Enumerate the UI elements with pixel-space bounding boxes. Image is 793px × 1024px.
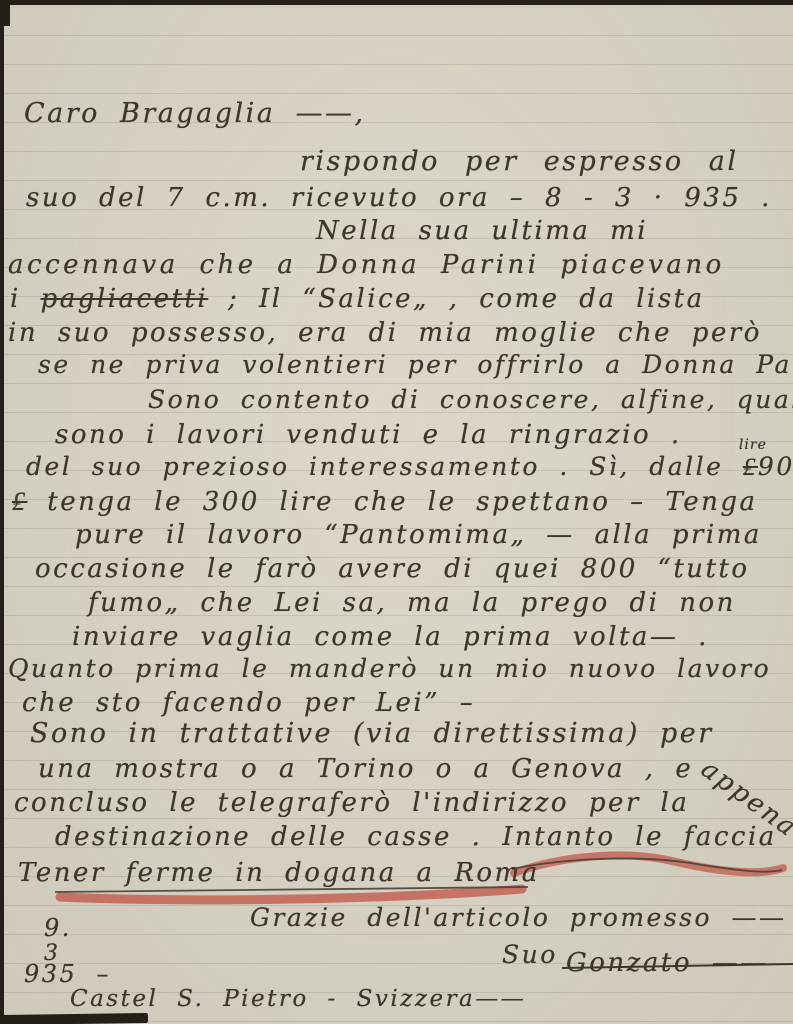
letter-line: ₤ tenga le 300 lire che le spettano – Te… [12, 487, 758, 517]
letter-line: destinazione delle casse . Intanto le fa… [55, 822, 777, 852]
struck-lira-sign: ₤ [12, 487, 28, 517]
letter-line: i pagliacetti ; Il “Salice„ , come da li… [10, 284, 705, 314]
scan-edge-left [0, 0, 4, 1024]
letter-line: suo del 7 c.m. ricevuto ora – 8 - 3 · 93… [26, 183, 772, 213]
letter-line: che sto facendo per Lei” – [22, 688, 475, 718]
scan-edge-corner [0, 0, 10, 26]
letter-line: rispondo per espresso al [300, 146, 739, 177]
letter-line: concluso le telegraferò l'indirizzo per … [14, 788, 689, 818]
date-day: 9. [44, 914, 72, 942]
closing-line: Grazie dell'articolo promesso —— [250, 903, 787, 932]
scan-edge-top [0, 0, 793, 5]
lire-annotation: lire₤ [743, 452, 758, 482]
line-text: ; Il “Salice„ , come da lista [208, 284, 704, 314]
underlined-phrase: Intanto le faccia [502, 822, 777, 852]
signature-name: Gonzato —— [566, 948, 793, 978]
amount: 900 [758, 452, 793, 481]
letter-line: inviare vaglia come la prima volta— . [72, 622, 709, 652]
letter-line: una mostra o a Torino o a Genova , e app… [38, 754, 793, 784]
letter-line: occasione le farò avere di quei 800 “tut… [35, 554, 750, 584]
letter-line: Sono contento di conoscere, alfine, qual… [148, 385, 793, 414]
letter-line: Quanto prima le manderò un mio nuovo lav… [8, 654, 771, 683]
line-text: del suo prezioso interessamento . Sì, da… [26, 452, 743, 481]
line-text: tenga le 300 lire che le spettano – Teng… [28, 487, 758, 517]
line-text: destinazione delle casse . [55, 822, 502, 852]
line-text: i [10, 284, 41, 314]
struck-lira-sign: ₤ [743, 452, 758, 481]
salutation: Caro Bragaglia ——, [24, 98, 366, 129]
place-line: Castel S. Pietro - Svizzera—— [70, 986, 526, 1012]
superscript-lire: lire [739, 437, 767, 453]
underlined-phrase: Tener ferme in dogana a Roma [18, 858, 540, 888]
signature-suo: Suo [502, 940, 558, 969]
letter-scan-page: { "colors": { "paper": "#d8d3c4", "rule"… [0, 0, 793, 1024]
letter-line: fumo„ che Lei sa, ma la prego di non [88, 588, 736, 618]
letter-line: in suo possesso, era di mia moglie che p… [8, 318, 762, 348]
letter-line: Nella sua ultima mi [316, 216, 648, 246]
date-year: 935 – [24, 960, 111, 988]
letter-line: se ne priva volentieri per offrirlo a Do… [38, 350, 793, 379]
struck-word: pagliacetti [41, 284, 209, 314]
letter-line: pure il lavoro “Pantomima„ — alla prima [75, 520, 762, 550]
letter-line: accennava che a Donna Parini piacevano [8, 250, 725, 280]
scan-edge-bottom [0, 1013, 148, 1024]
line-text: una mostra o a Torino o a Genova , e [38, 754, 713, 784]
letter-line: del suo prezioso interessamento . Sì, da… [26, 452, 793, 482]
letter-line: Sono in trattative (via direttissima) pe… [30, 718, 714, 749]
letter-line: sono i lavori venduti e la ringrazio . [55, 420, 682, 450]
